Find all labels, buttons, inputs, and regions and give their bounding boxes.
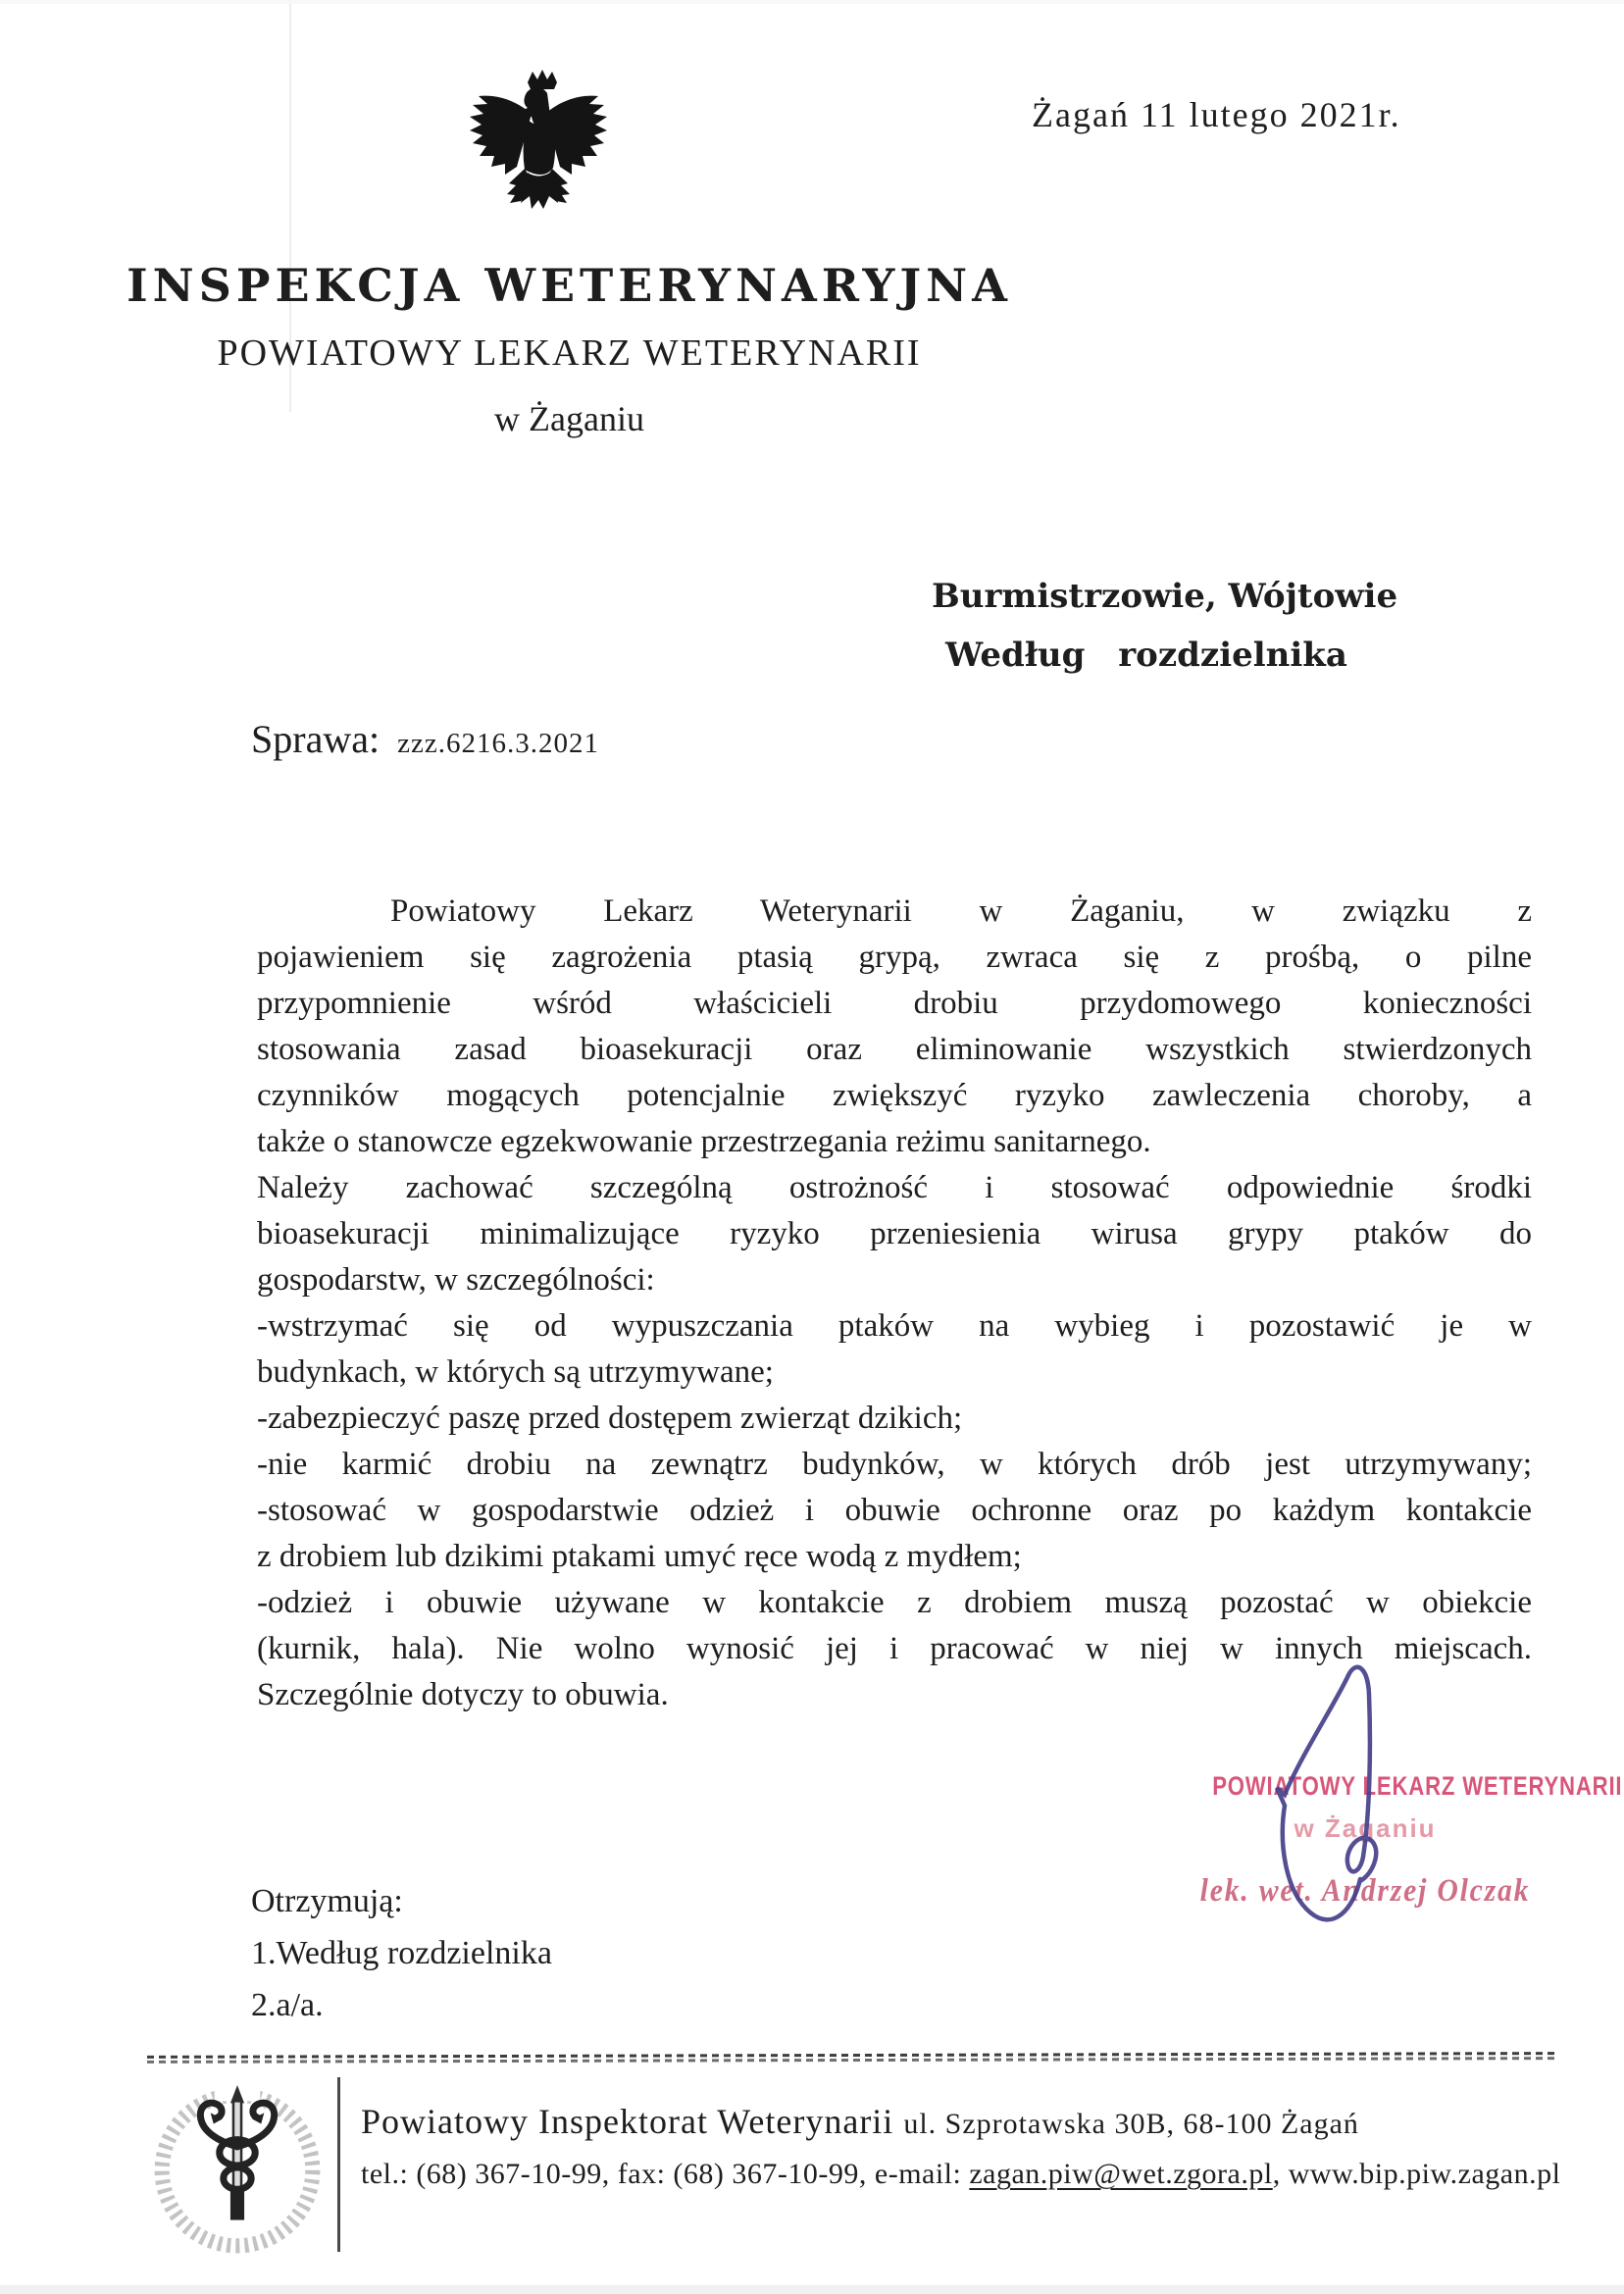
body-line: budynkach, w których są utrzymywane; <box>257 1350 1532 1396</box>
scan-edge-top <box>0 0 1624 4</box>
footer-website: , www.bip.piw.zagan.pl <box>1273 2158 1561 2190</box>
footer-institution-line: Powiatowy Inspektorat Weterynarii ul. Sz… <box>361 2101 1548 2142</box>
body-line: Należy zachować szczególną ostrożność i … <box>257 1165 1532 1211</box>
body-line: -zabezpieczyć paszę przed dostępem zwier… <box>257 1396 1532 1442</box>
scanned-letter-page: Żagań 11 lutego 2021r. INSPEKCJA WETERYN… <box>0 0 1624 2294</box>
footer-contacts-line: tel.: (68) 367-10-99, fax: (68) 367-10-9… <box>361 2158 1548 2191</box>
footer-phone-fax: tel.: (68) 367-10-99, fax: (68) 367-10-9… <box>361 2158 969 2190</box>
body-line: bioasekuracji minimalizujące ryzyko prze… <box>257 1211 1532 1257</box>
date-line: Żagań 11 lutego 2021r. <box>1032 94 1401 135</box>
footer-dashed-separator <box>147 2052 1559 2065</box>
body-line: z drobiem lub dzikimi ptakami umyć ręce … <box>257 1534 1532 1580</box>
footer-vertical-divider <box>337 2077 340 2252</box>
footer-email: zagan.piw@wet.zgora.pl <box>969 2158 1272 2190</box>
footer-info: Powiatowy Inspektorat Weterynarii ul. Sz… <box>361 2101 1548 2191</box>
veterinary-caduceus-icon <box>143 2071 331 2264</box>
body-line: -nie karmić drobiu na zewnątrz budynków,… <box>257 1442 1532 1488</box>
case-reference: Sprawa:zzz.6216.3.2021 <box>251 716 599 762</box>
footer-institution-name: Powiatowy Inspektorat Weterynarii <box>361 2102 893 2141</box>
distribution-item: 1.Według rozdzielnika <box>251 1927 552 1979</box>
scan-edge-bottom <box>0 2285 1624 2294</box>
inspection-title: INSPEKCJA WETERYNARYJNA <box>126 259 1013 312</box>
case-label: Sprawa: <box>251 717 380 761</box>
body-line: przypomnienie wśród właścicieli drobiu p… <box>257 981 1532 1027</box>
letter-body: Powiatowy Lekarz Weterynarii w Żaganiu, … <box>257 889 1532 1718</box>
polish-eagle-icon <box>459 69 616 239</box>
case-number: zzz.6216.3.2021 <box>397 728 599 759</box>
body-line: Powiatowy Lekarz Weterynarii w Żaganiu, … <box>257 889 1532 935</box>
addressee-block: Burmistrzowie, Wójtowie Według rozdzieln… <box>932 567 1397 685</box>
body-line: gospodarstw, w szczególności: <box>257 1257 1532 1303</box>
org-header: INSPEKCJA WETERYNARYJNA POWIATOWY LEKARZ… <box>126 259 1013 439</box>
body-line: pojawieniem się zagrożenia ptasią grypą,… <box>257 935 1532 981</box>
office-title: POWIATOWY LEKARZ WETERYNARII <box>126 331 1013 375</box>
body-line: czynników mogących potencjalnie zwiększy… <box>257 1073 1532 1119</box>
handwritten-signature-icon <box>1255 1656 1412 1950</box>
distribution-item: 2.a/a. <box>251 1979 552 2031</box>
distribution-block: Otrzymują: 1.Według rozdzielnika 2.a/a. <box>251 1875 552 2031</box>
body-line: -wstrzymać się od wypuszczania ptaków na… <box>257 1303 1532 1350</box>
addressee-line1: Burmistrzowie, Wójtowie <box>932 567 1397 626</box>
body-line: -odzież i obuwie używane w kontakcie z d… <box>257 1580 1532 1626</box>
footer-address: ul. Szprotawska 30B, 68-100 Żagań <box>903 2108 1359 2140</box>
body-line: stosowania zasad bioasekuracji oraz elim… <box>257 1027 1532 1073</box>
body-line: także o stanowcze egzekwowanie przestrze… <box>257 1119 1532 1165</box>
office-location: w Żaganiu <box>126 398 1013 439</box>
distribution-title: Otrzymują: <box>251 1875 552 1927</box>
body-line: -stosować w gospodarstwie odzież i obuwi… <box>257 1488 1532 1534</box>
addressee-line2: Według rozdzielnika <box>945 626 1397 685</box>
